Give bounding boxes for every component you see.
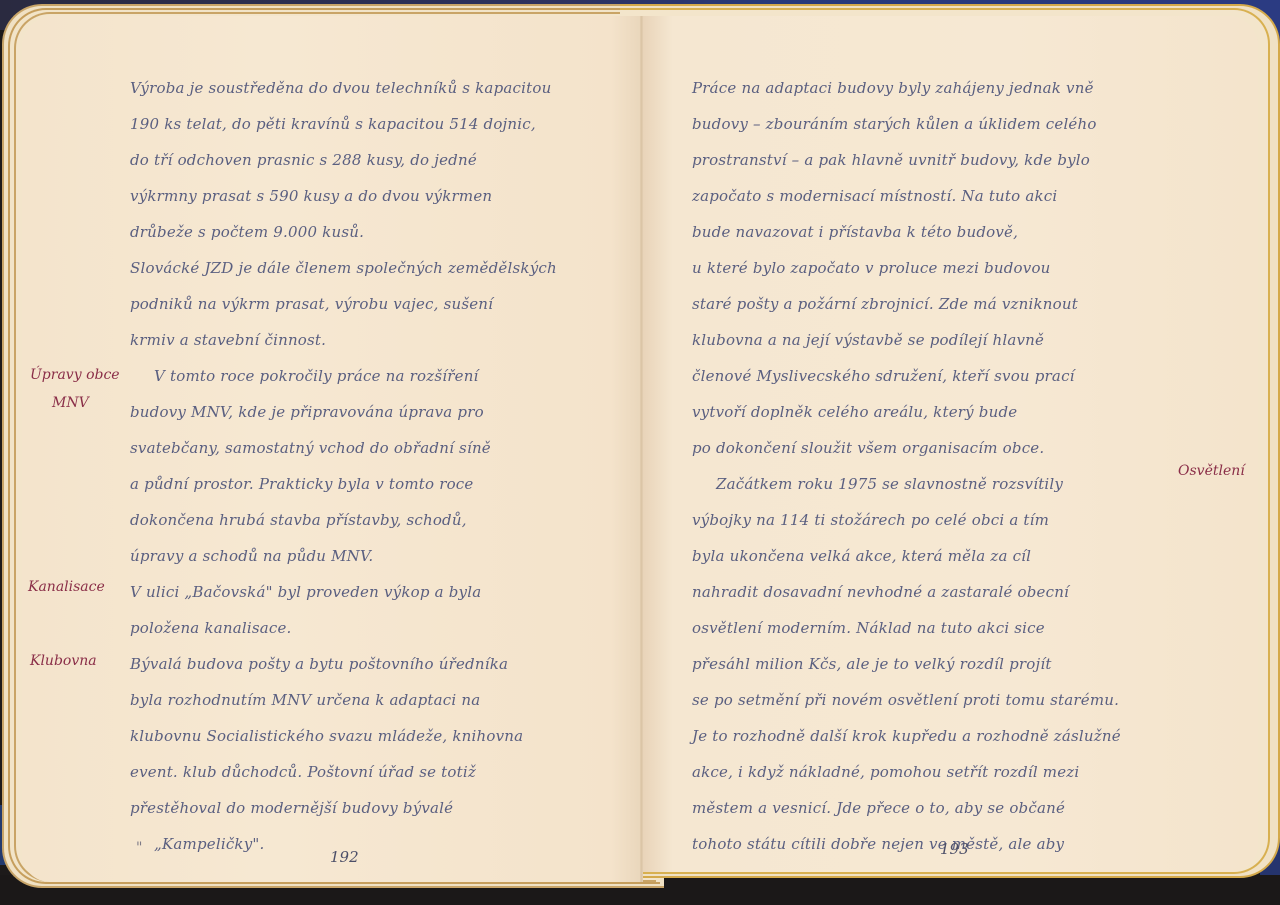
text-line: se po setmění při novém osvětlení proti … [692,682,1192,718]
text-line: prostranství – a pak hlavně uvnitř budov… [692,142,1192,178]
text-line: úpravy a schodů na půdu MNV. [130,538,630,574]
margin-note-osvetleni: Osvětlení [1178,462,1245,480]
text-line: přestěhoval do modernější budovy bývalé [130,790,630,826]
text-line: nahradit dosavadní nevhodné a zastaralé … [692,574,1192,610]
ditto-mark: " [136,840,142,856]
text-line: budovy MNV, kde je připravována úprava p… [130,394,630,430]
text-line: vytvoří doplněk celého areálu, který bud… [692,394,1192,430]
text-line: budovy – zbouráním starých kůlen a úklid… [692,106,1192,142]
margin-note-line: Úpravy obce [30,366,120,384]
text-line: u které bylo započato v proluce mezi bud… [692,250,1192,286]
text-line: event. klub důchodců. Poštovní úřad se t… [130,754,630,790]
text-line: výkrmny prasat s 590 kusy a do dvou výkr… [130,178,630,214]
text-line: po dokončení sloužit všem organisacím ob… [692,430,1192,466]
text-line: drůbeže s počtem 9.000 kusů. [130,214,630,250]
text-line: Slovácké JZD je dále členem společných z… [130,250,630,286]
text-line: do tří odchoven prasnic s 288 kusy, do j… [130,142,630,178]
text-line: započato s modernisací místností. Na tut… [692,178,1192,214]
page-number-right: 193 [940,840,969,858]
text-line: byla ukončena velká akce, která měla za … [692,538,1192,574]
text-line: městem a vesnicí. Jde přece o to, aby se… [692,790,1192,826]
text-line: klubovnu Socialistického svazu mládeže, … [130,718,630,754]
text-line: bude navazovat i přístavba k této budově… [692,214,1192,250]
text-line: „Kampeličky". [130,826,630,862]
margin-note-kanalisace: Kanalisace [28,578,105,596]
text-line: Je to rozhodně další krok kupředu a rozh… [692,718,1192,754]
text-line: 190 ks telat, do pěti kravínů s kapacito… [130,106,630,142]
margin-note-line: MNV [30,394,120,412]
text-line: osvětlení moderním. Náklad na tuto akci … [692,610,1192,646]
text-line: podniků na výkrm prasat, výrobu vajec, s… [130,286,630,322]
text-line: Bývalá budova pošty a bytu poštovního úř… [130,646,630,682]
text-line: klubovna a na její výstavbě se podílejí … [692,322,1192,358]
text-line: položena kanalisace. [130,610,630,646]
text-line: V ulici „Bačovská" byl proveden výkop a … [130,574,630,610]
book-gutter [640,16,643,882]
text-line: výbojky na 114 ti stožárech po celé obci… [692,502,1192,538]
page-number-left: 192 [330,848,359,866]
text-line: dokončena hrubá stavba přístavby, schodů… [130,502,630,538]
text-line: byla rozhodnutím MNV určena k adaptaci n… [130,682,630,718]
text-line: Začátkem roku 1975 se slavnostně rozsvít… [692,466,1192,502]
text-line: krmiv a stavební činnost. [130,322,630,358]
text-line: členové Myslivecského sdružení, kteří sv… [692,358,1192,394]
margin-note-upravy-obce: Úpravy obce MNV [30,366,120,412]
text-line: V tomto roce pokročily práce na rozšířen… [130,358,630,394]
text-line: přesáhl milion Kčs, ale je to velký rozd… [692,646,1192,682]
text-line: svatebčany, samostatný vchod do obřadní … [130,430,630,466]
margin-note-klubovna: Klubovna [30,652,97,670]
left-page-text: Výroba je soustředěna do dvou telechníků… [130,70,630,862]
text-line: staré pošty a požární zbrojnicí. Zde má … [692,286,1192,322]
text-line: a půdní prostor. Prakticky byla v tomto … [130,466,630,502]
text-line: Výroba je soustředěna do dvou telechníků… [130,70,630,106]
right-page-text: Práce na adaptaci budovy byly zahájeny j… [692,70,1192,862]
text-line: akce, i když nákladné, pomohou setřít ro… [692,754,1192,790]
text-line: Práce na adaptaci budovy byly zahájeny j… [692,70,1192,106]
